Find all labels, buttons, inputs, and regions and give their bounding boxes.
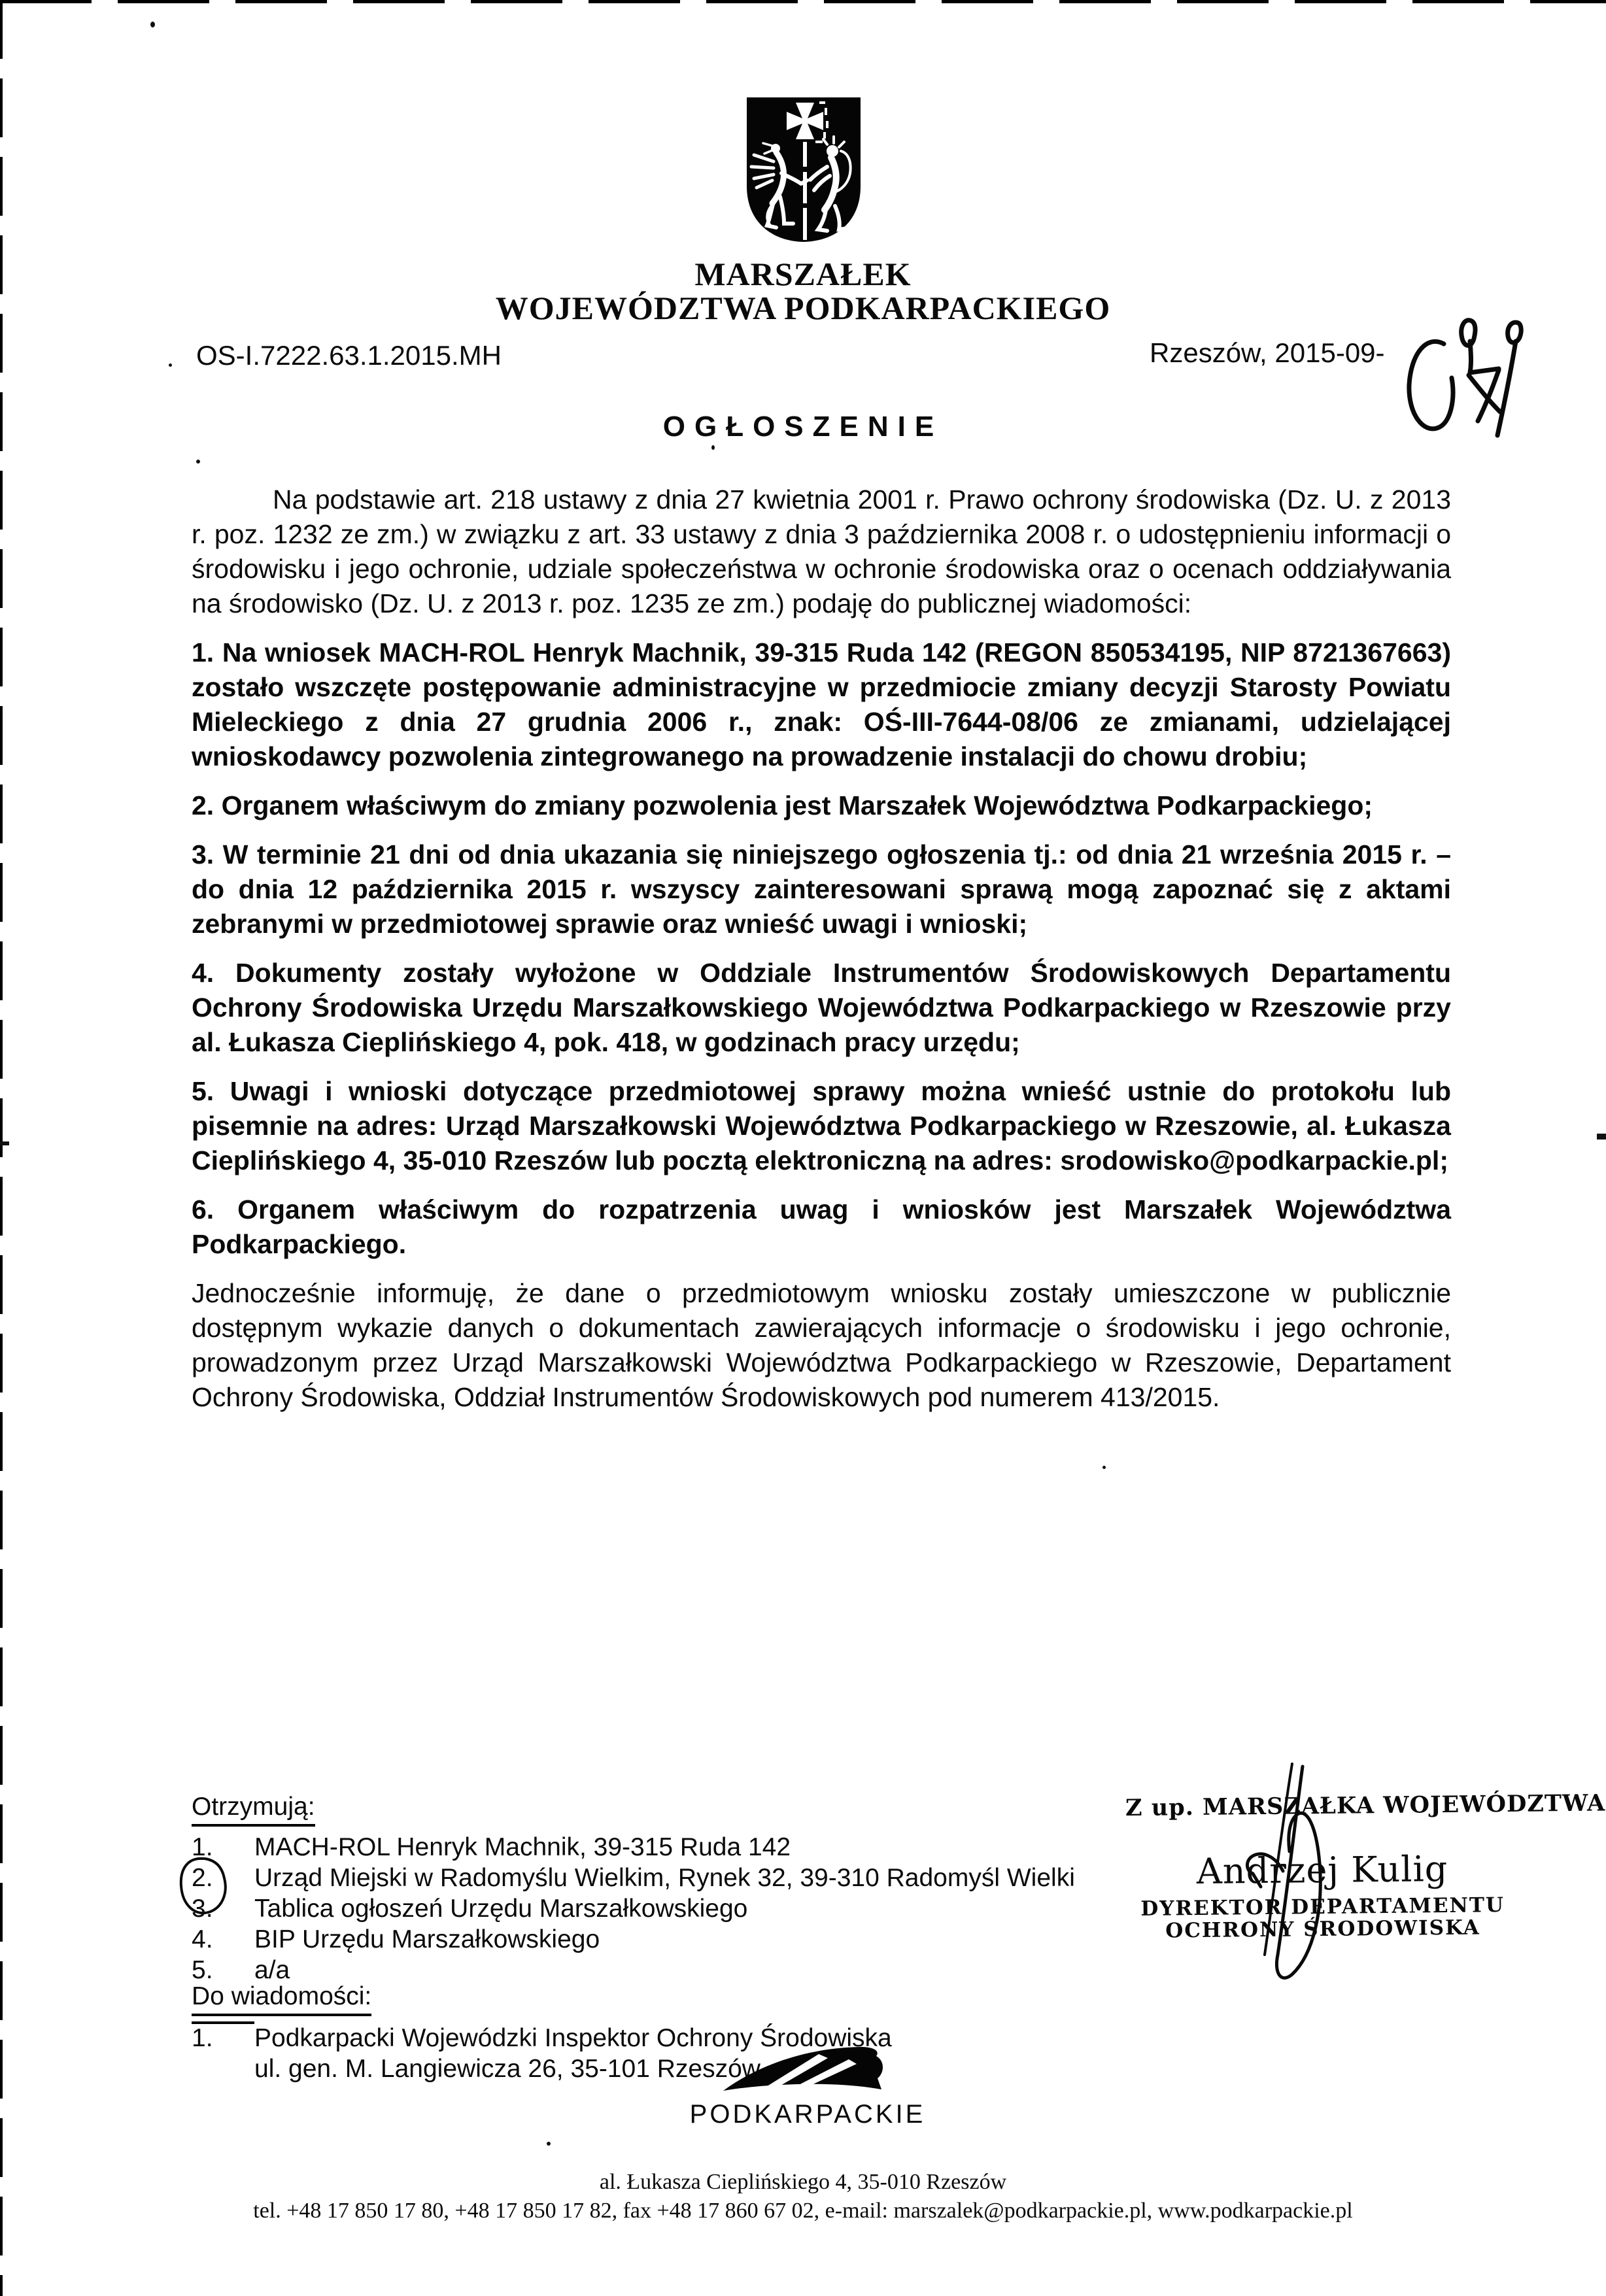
distribution-item: 4. BIP Urzędu Marszałkowskiego	[192, 1924, 1146, 1955]
distribution-list: Otrzymują: 1. MACH-ROL Henryk Machnik, 3…	[192, 1791, 1146, 1985]
numbered-item-6: 6. Organem właściwym do rozpatrzenia uwa…	[192, 1192, 1451, 1262]
item-text: Podkarpacki Wojewódzki Inspektor Ochrony…	[254, 2023, 1042, 2084]
item-number: 1.	[192, 2023, 254, 2084]
scan-speck	[196, 460, 200, 464]
document-title: OGŁOSZENIE	[0, 411, 1606, 443]
scan-speck	[150, 22, 155, 27]
item-text: MACH-ROL Henryk Machnik, 39-315 Ruda 142	[254, 1832, 1146, 1863]
scanned-document-page: MARSZAŁEK WOJEWÓDZTWA PODKARPACKIEGO OS-…	[0, 0, 1606, 2296]
scan-edge-artifact-top	[0, 0, 1606, 3]
footer-contacts: tel. +48 17 850 17 80, +48 17 850 17 82,…	[0, 2197, 1606, 2225]
scan-speck	[711, 445, 715, 450]
item-text: BIP Urzędu Marszałkowskiego	[254, 1924, 1146, 1955]
letterhead-line1: MARSZAŁEK	[0, 257, 1606, 291]
numbered-item-2: 2. Organem właściwym do zmiany pozwoleni…	[192, 788, 1451, 823]
fyi-item: 1. Podkarpacki Wojewódzki Inspektor Ochr…	[192, 2023, 1042, 2084]
coat-of-arms-icon	[743, 93, 864, 244]
place-and-date: Rzeszów, 2015-09-	[1150, 337, 1385, 369]
numbered-item-1: 1. Na wniosek MACH-ROL Henryk Machnik, 3…	[192, 635, 1451, 774]
footer: al. Łukasza Cieplińskiego 4, 35-010 Rzes…	[0, 2168, 1606, 2225]
letterhead-line2: WOJEWÓDZTWA PODKARPACKIEGO	[0, 291, 1606, 325]
distribution-item: 2. Urząd Miejski w Radomyślu Wielkim, Ry…	[192, 1863, 1146, 1893]
footer-address: al. Łukasza Cieplińskiego 4, 35-010 Rzes…	[0, 2168, 1606, 2197]
letterhead-organization: MARSZAŁEK WOJEWÓDZTWA PODKARPACKIEGO	[0, 257, 1606, 325]
fyi-list: Do wiadomości: 1. Podkarpacki Wojewódzki…	[192, 1981, 1042, 2084]
numbered-item-3: 3. W terminie 21 dni od dnia ukazania si…	[192, 837, 1451, 941]
distribution-item: 1. MACH-ROL Henryk Machnik, 39-315 Ruda …	[192, 1832, 1146, 1863]
scan-speck	[1597, 1134, 1606, 1140]
scan-speck	[169, 363, 172, 367]
fyi-item-line2: ul. gen. M. Langiewicza 26, 35-101 Rzesz…	[254, 2055, 760, 2083]
scan-speck	[547, 2142, 551, 2146]
signature-icon	[1229, 1759, 1360, 2007]
scan-edge-artifact-left	[0, 0, 3, 2296]
scan-speck	[0, 1141, 9, 1145]
item-text: Urząd Miejski w Radomyślu Wielkim, Rynek…	[254, 1863, 1146, 1893]
scan-speck	[1102, 1466, 1106, 1469]
intro-paragraph: Na podstawie art. 218 ustawy z dnia 27 k…	[192, 482, 1451, 621]
reference-number: OS-I.7222.63.1.2015.MH	[196, 340, 502, 371]
podkarpackie-logo-text: PODKARPACKIE	[680, 2100, 935, 2129]
distribution-heading: Otrzymują:	[192, 1791, 1146, 1827]
numbered-item-4: 4. Dokumenty zostały wyłożone w Oddziale…	[192, 956, 1451, 1060]
item-number: 4.	[192, 1924, 254, 1955]
fyi-heading: Do wiadomości:	[192, 1981, 1042, 2016]
scan-underline-artifact	[192, 2021, 254, 2024]
distribution-item: 3. Tablica ogłoszeń Urzędu Marszałkowski…	[192, 1893, 1146, 1924]
circled-number-annotation-icon	[176, 1855, 231, 1917]
item-text: Tablica ogłoszeń Urzędu Marszałkowskiego	[254, 1893, 1146, 1924]
podkarpackie-logo-swoosh-icon	[722, 2041, 887, 2096]
numbered-item-5: 5. Uwagi i wnioski dotyczące przedmiotow…	[192, 1074, 1451, 1178]
closing-paragraph: Jednocześnie informuję, że dane o przedm…	[192, 1276, 1451, 1415]
document-body: Na podstawie art. 218 ustawy z dnia 27 k…	[192, 482, 1451, 1429]
